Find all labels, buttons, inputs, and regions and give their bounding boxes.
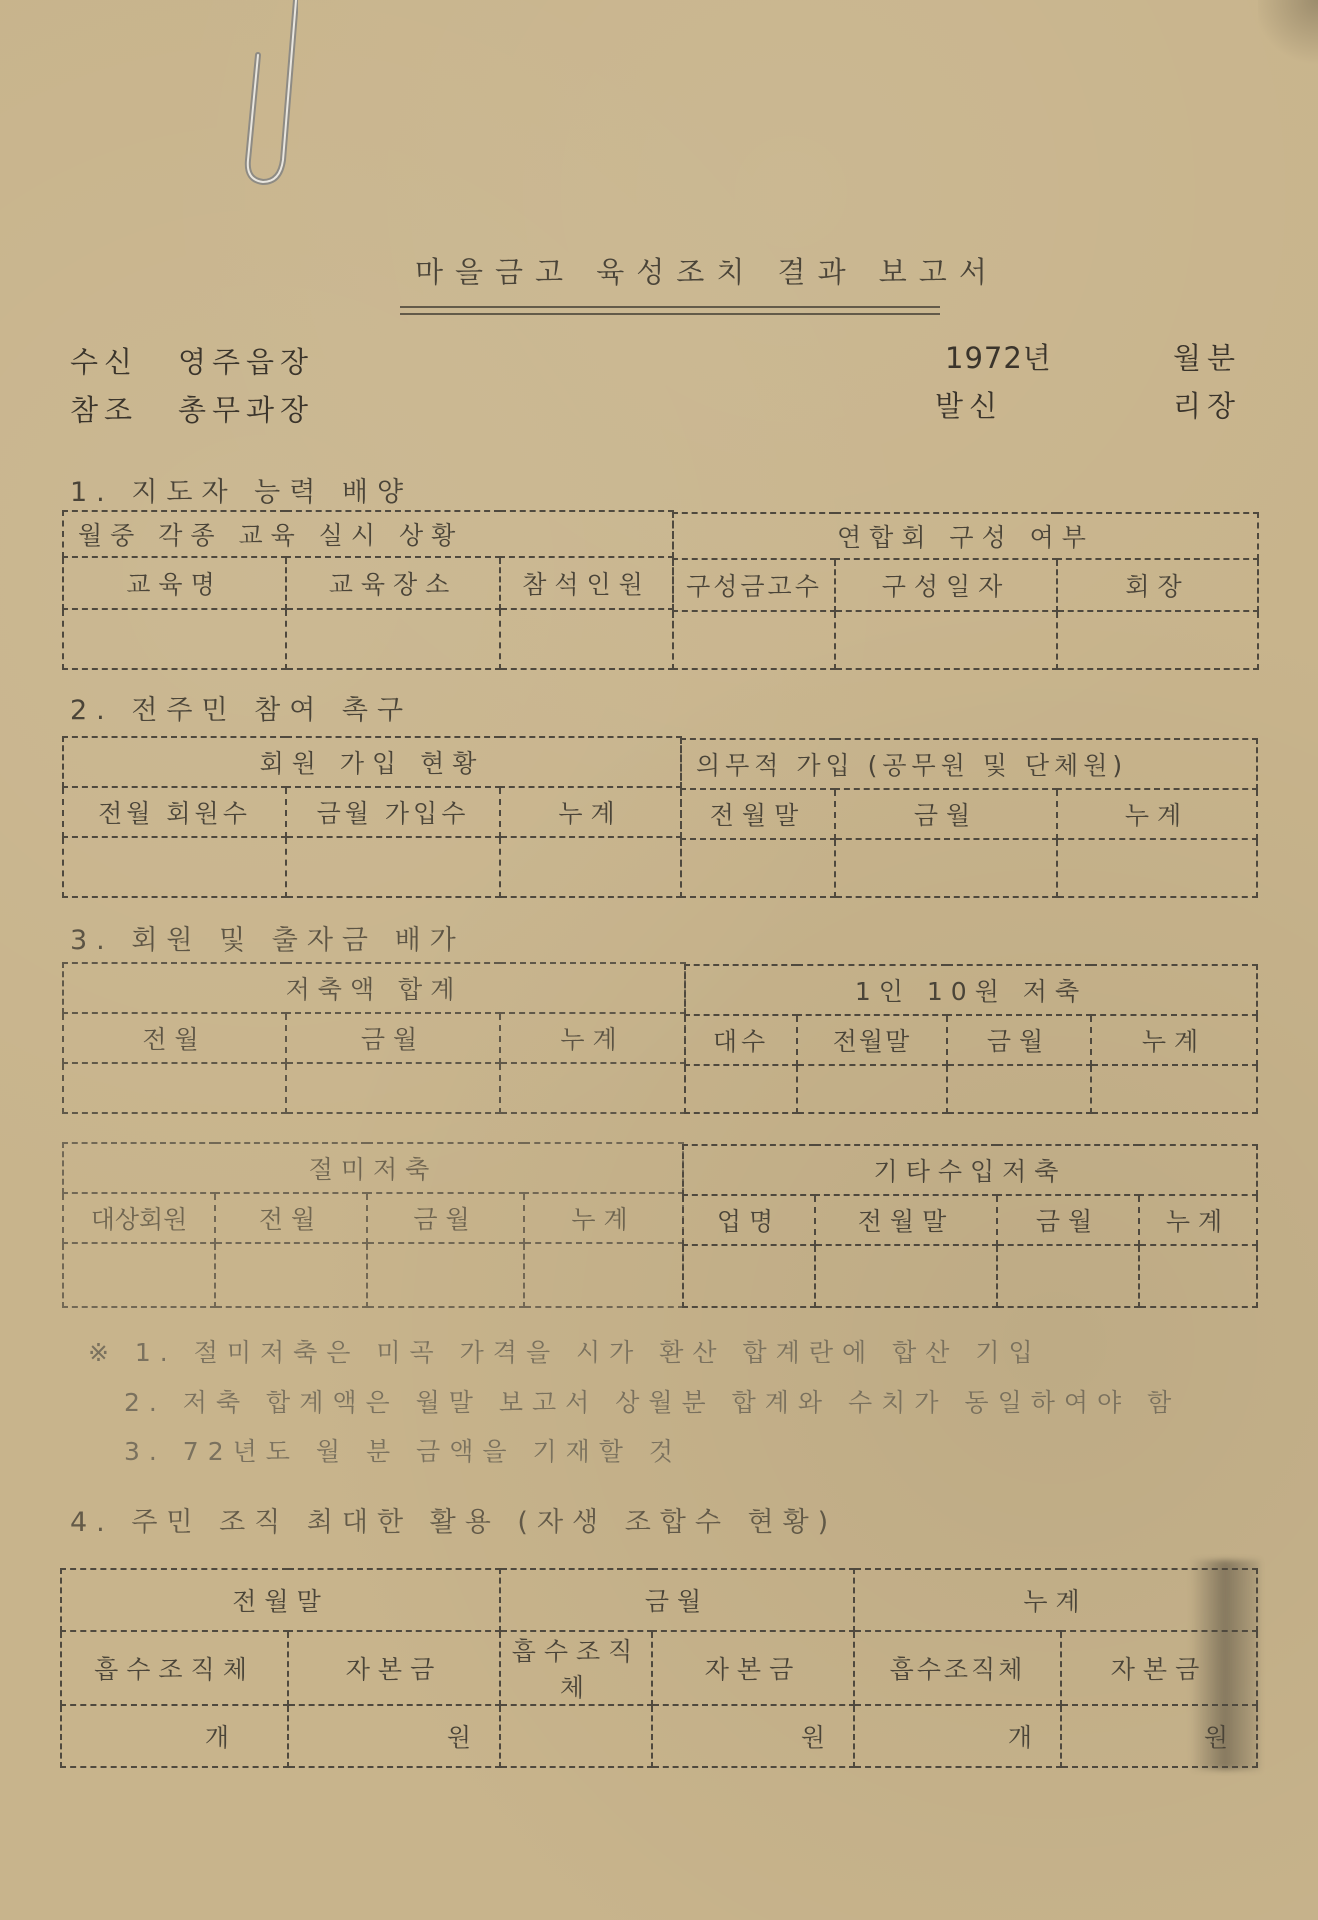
column-header: 누계 [524, 1193, 683, 1243]
column-header: 누계 [1057, 789, 1257, 839]
section3-title: 3. 회원 및 출자금 배가 [70, 918, 465, 957]
input-cell[interactable] [500, 609, 673, 669]
table-row: 개 원 원 개 원 [61, 1705, 1257, 1767]
column-header: 금월 [367, 1193, 524, 1243]
column-header: 금월 [835, 789, 1057, 839]
input-cell[interactable] [681, 839, 835, 897]
column-header: 전월말 [797, 1015, 947, 1065]
input-cell[interactable] [685, 1065, 797, 1113]
column-header: 누계 [1139, 1195, 1257, 1245]
column-header: 금월 [286, 1013, 500, 1063]
input-cell[interactable] [1057, 611, 1258, 669]
input-cell[interactable] [63, 837, 286, 897]
note-1: ※ 1. 절미저축은 미곡 가격을 시가 환산 합계란에 합산 기입 [88, 1333, 1042, 1369]
column-header: 전월 [215, 1193, 367, 1243]
section1-federation-table: 연합회 구성 여부 구성금고수 구성일자 회장 [672, 512, 1259, 670]
table-row [63, 1243, 683, 1307]
unit-cell[interactable]: 원 [288, 1705, 500, 1767]
title-underline [400, 306, 940, 315]
sender-label: 발신 [935, 384, 1003, 425]
section3-ten-won-savings-table: 1인 10원 저축 대수 전월말 금월 누계 [684, 964, 1258, 1114]
section3-rice-savings-table: 절미저축 대상회원 전월 금월 누계 [62, 1142, 684, 1308]
input-cell[interactable] [500, 1063, 685, 1113]
column-header: 구성일자 [835, 559, 1057, 611]
table-caption: 1인 10원 저축 [685, 965, 1257, 1015]
input-cell[interactable] [683, 1245, 815, 1307]
column-header: 자본금 [288, 1631, 500, 1705]
section2-mandatory-table: 의무적 가입 (공무원 및 단체원) 전월말 금월 누계 [680, 738, 1258, 898]
document-title: 마을금고 육성조치 결과 보고서 [415, 250, 999, 291]
sender: 리장 [1173, 384, 1241, 425]
input-cell[interactable] [1091, 1065, 1257, 1113]
column-header: 전월 회원수 [63, 787, 286, 837]
input-cell[interactable] [286, 1063, 500, 1113]
column-header: 누계 [500, 787, 681, 837]
input-cell[interactable] [1139, 1245, 1257, 1307]
input-cell[interactable] [500, 837, 681, 897]
recipient: 영주읍장 [178, 340, 314, 381]
column-header: 자본금 [1061, 1631, 1257, 1705]
group-header: 금월 [500, 1569, 854, 1631]
column-header: 업명 [683, 1195, 815, 1245]
column-header: 자본금 [652, 1631, 854, 1705]
unit-cell[interactable]: 원 [652, 1705, 854, 1767]
section2-title: 2. 전주민 참여 촉구 [70, 688, 412, 727]
column-header: 전월 [63, 1013, 286, 1063]
table-row [673, 611, 1258, 669]
table-caption: 절미저축 [63, 1143, 683, 1193]
note-3: 3. 72년도 월 분 금액을 기재할 것 [124, 1432, 682, 1468]
input-cell[interactable] [367, 1243, 524, 1307]
reference: 총무과장 [178, 388, 314, 429]
column-header: 흡수조직체 [854, 1631, 1061, 1705]
unit-cell[interactable]: 원 [1061, 1705, 1257, 1767]
group-header: 누계 [854, 1569, 1257, 1631]
table-row [63, 837, 681, 897]
section3-savings-total-table: 저축액 합계 전월 금월 누계 [62, 962, 686, 1114]
reference-label: 참조 [70, 388, 138, 429]
section1-education-table: 월중 각종 교육 실시 상황 교육명 교육장소 참석인원 [62, 510, 674, 670]
section2-membership-table: 회원 가입 현황 전월 회원수 금월 가입수 누계 [62, 736, 682, 898]
column-header: 회장 [1057, 559, 1258, 611]
input-cell[interactable] [815, 1245, 997, 1307]
input-cell[interactable] [835, 611, 1057, 669]
table-caption: 저축액 합계 [63, 963, 685, 1013]
input-cell[interactable] [947, 1065, 1091, 1113]
section4-organization-table: 전월말 금월 누계 흡수조직체 자본금 흡수조직체 자본금 흡수조직체 자본금 … [60, 1568, 1258, 1768]
input-cell[interactable] [63, 609, 286, 669]
column-header: 흡수조직체 [61, 1631, 288, 1705]
group-header: 전월말 [61, 1569, 500, 1631]
column-header: 전월말 [815, 1195, 997, 1245]
column-header: 금월 가입수 [286, 787, 500, 837]
section1-title: 1. 지도자 능력 배양 [70, 470, 412, 509]
input-cell[interactable] [215, 1243, 367, 1307]
table-caption: 연합회 구성 여부 [673, 513, 1258, 559]
input-cell[interactable] [63, 1063, 286, 1113]
table-caption: 의무적 가입 (공무원 및 단체원) [681, 739, 1257, 789]
table-row [63, 609, 673, 669]
input-cell[interactable] [835, 839, 1057, 897]
input-cell[interactable] [63, 1243, 215, 1307]
input-cell[interactable] [524, 1243, 683, 1307]
column-header: 참석인원 [500, 557, 673, 609]
column-header: 전월말 [681, 789, 835, 839]
input-cell[interactable] [1057, 839, 1257, 897]
input-cell[interactable] [286, 837, 500, 897]
column-header: 대수 [685, 1015, 797, 1065]
column-header: 구성금고수 [673, 559, 835, 611]
recipient-label: 수신 [70, 340, 138, 381]
paperclip-icon [228, 0, 298, 185]
table-row [681, 839, 1257, 897]
column-header: 누계 [500, 1013, 685, 1063]
input-cell[interactable] [997, 1245, 1139, 1307]
paper-corner-shadow [1258, 0, 1318, 70]
input-cell[interactable] [286, 609, 500, 669]
column-header: 대상회원 [63, 1193, 215, 1243]
section3-other-income-table: 기타수입저축 업명 전월말 금월 누계 [682, 1144, 1258, 1308]
column-header: 금월 [947, 1015, 1091, 1065]
table-row [63, 1063, 685, 1113]
table-caption: 기타수입저축 [683, 1145, 1257, 1195]
column-header: 누계 [1091, 1015, 1257, 1065]
unit-cell[interactable] [500, 1705, 652, 1767]
column-header: 교육장소 [286, 557, 500, 609]
table-row [683, 1245, 1257, 1307]
column-header: 흡수조직체 [500, 1631, 652, 1705]
section4-title: 4. 주민 조직 최대한 활용 (자생 조합수 현황) [70, 1500, 837, 1539]
note-2: 2. 저축 합계액은 월말 보고서 상월분 합계와 수치가 동일하여야 함 [124, 1383, 1180, 1419]
unit-cell[interactable]: 개 [854, 1705, 1061, 1767]
report-year: 1972년 [945, 336, 1052, 377]
input-cell[interactable] [797, 1065, 947, 1113]
unit-cell[interactable]: 개 [61, 1705, 288, 1767]
input-cell[interactable] [673, 611, 835, 669]
column-header: 금월 [997, 1195, 1139, 1245]
table-caption: 회원 가입 현황 [63, 737, 681, 787]
column-header: 교육명 [63, 557, 286, 609]
table-caption: 월중 각종 교육 실시 상황 [63, 511, 673, 557]
report-month: 월분 [1173, 336, 1241, 377]
table-row [685, 1065, 1257, 1113]
